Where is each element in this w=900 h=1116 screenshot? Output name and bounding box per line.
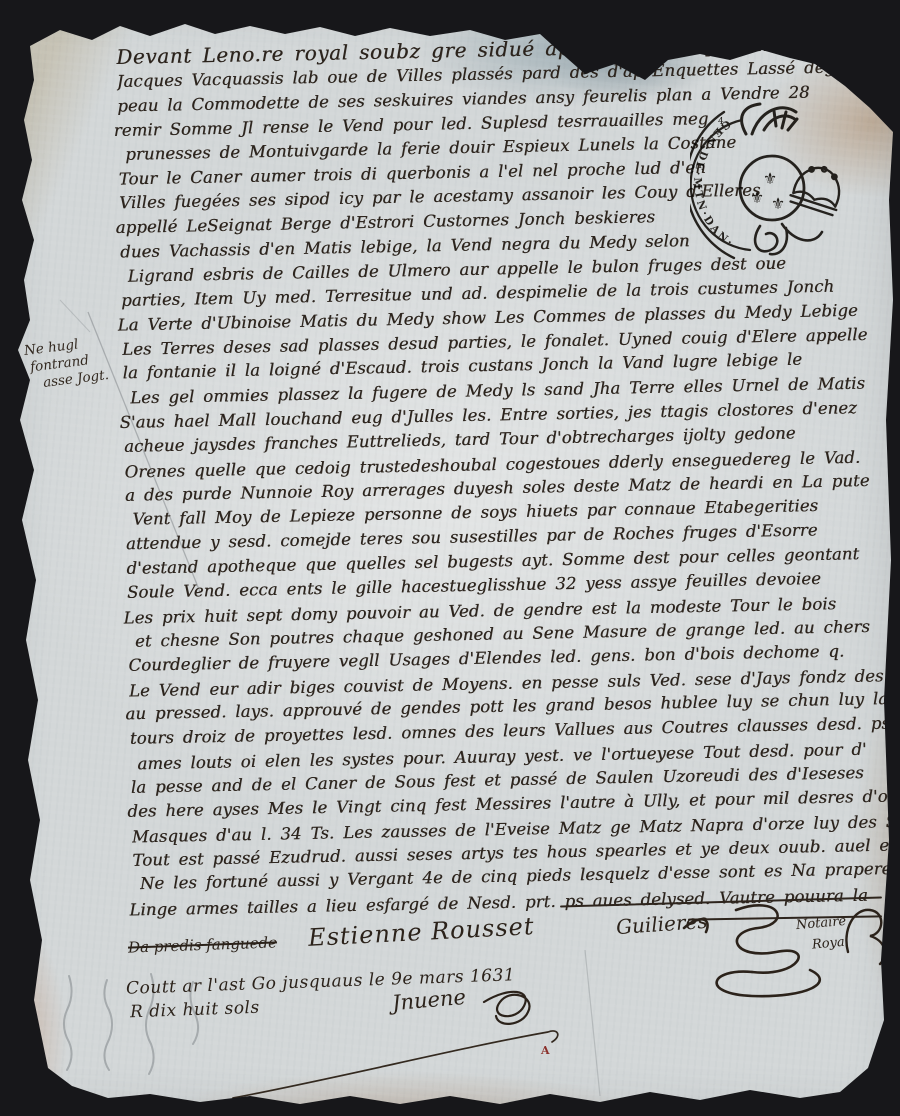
- strikethrough-mark: [688, 915, 882, 921]
- fleur-de-lis-icons: ⚜ ⚜ ⚜: [750, 169, 785, 213]
- svg-text:⚜: ⚜: [763, 169, 777, 188]
- fee-signature: Jnuene: [391, 985, 467, 1015]
- struck-words: Da predis fanguede: [128, 933, 278, 956]
- fee-signature-flourish: [470, 982, 580, 1047]
- scan-background: Devant Leno.re royal soubz gre sidué apr…: [0, 0, 900, 1116]
- ribbon-icon: [755, 224, 822, 254]
- signature-notary: Guilieres: [615, 909, 708, 939]
- svg-text:⚜: ⚜: [750, 188, 764, 207]
- notary-title-line1: Notaire: [795, 914, 846, 933]
- plume-icon: [742, 104, 797, 134]
- svg-text:⚜: ⚜: [771, 194, 785, 213]
- margin-note: Ne huglfontrandasse Jogt.: [23, 333, 110, 394]
- manuscript-page: Devant Leno.re royal soubz gre sidué apr…: [0, 0, 900, 1116]
- underline-sweep: [228, 1018, 573, 1103]
- red-letter-mark: A: [541, 1044, 550, 1057]
- fee-line: R dix huit sols: [130, 998, 260, 1023]
- generalite-stamp: ⚜ ⚜ ⚜ 4 GEN·DE·MTN·DAN·: [690, 100, 855, 275]
- notary-title-line2: Royal: [811, 934, 849, 952]
